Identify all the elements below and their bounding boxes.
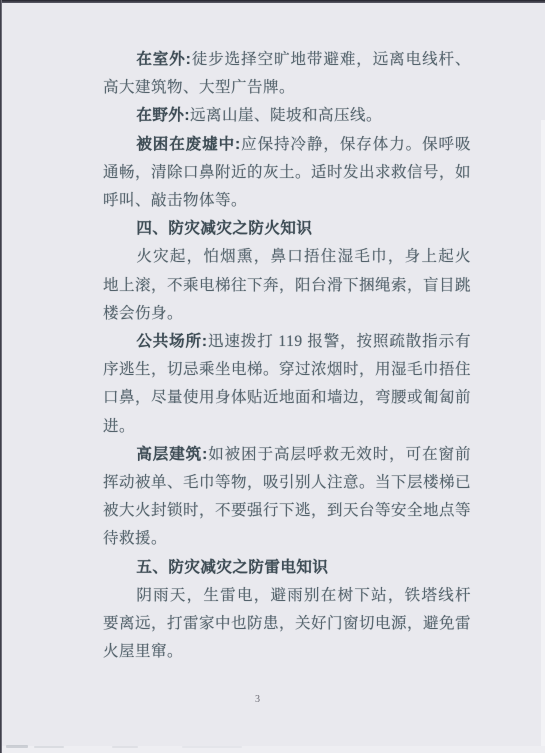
paragraph-label: 被困在废墟中:	[136, 136, 240, 153]
document-page: 在室外:徒步选择空旷地带避难，远离电线杆、高大建筑物、大型广告牌。 在野外:远离…	[0, 0, 545, 753]
section-heading: 五、防灾减灾之防雷电知识	[103, 554, 471, 582]
paragraph-label: 在野外:	[136, 107, 190, 124]
paragraph: 高层建筑:如被困于高层呼救无效时，可在窗前挥动被单、毛巾等物，吸引别人注意。当下…	[103, 441, 471, 554]
paragraph-label: 公共场所:	[136, 333, 207, 350]
scan-noise	[182, 746, 242, 748]
paragraph: 阴雨天，生雷电，避雨别在树下站，铁塔线杆要离远，打雷家中也防患，关好门窗切电源，…	[103, 582, 471, 667]
section-heading: 四、防灾减灾之防火知识	[103, 215, 471, 243]
paragraph: 火灾起，怕烟熏，鼻口捂住湿毛巾，身上起火地上滚，不乘电梯往下奔，阳台滑下捆绳索，…	[103, 243, 471, 328]
scan-bottom-strip	[2, 746, 545, 753]
document-text-block: 在室外:徒步选择空旷地带避难，远离电线杆、高大建筑物、大型广告牌。 在野外:远离…	[103, 46, 471, 666]
paragraph: 公共场所:迅速拨打 119 报警，按照疏散指示有序逃生，切忌乘坐电梯。穿过浓烟时…	[103, 328, 471, 441]
paragraph: 被困在废墟中:应保持冷静，保存体力。保呼吸通畅，清除口鼻附近的灰土。适时发出求救…	[103, 131, 471, 216]
page-number: 3	[0, 694, 515, 705]
scan-noise	[112, 746, 138, 748]
paragraph-text: 火灾起，怕烟熏，鼻口捂住湿毛巾，身上起火地上滚，不乘电梯往下奔，阳台滑下捆绳索，…	[103, 248, 471, 321]
scan-left-edge	[0, 0, 2, 753]
paragraph-text: 远离山崖、陡坡和高压线。	[190, 107, 382, 124]
paragraph: 在野外:远离山崖、陡坡和高压线。	[103, 102, 471, 130]
scan-noise	[34, 746, 64, 748]
scan-noise	[6, 745, 28, 748]
paragraph-text: 阴雨天，生雷电，避雨别在树下站，铁塔线杆要离远，打雷家中也防患，关好门窗切电源，…	[103, 587, 471, 660]
paragraph-label: 高层建筑:	[136, 446, 207, 463]
paragraph-label: 在室外:	[136, 51, 191, 68]
scan-right-edge	[541, 120, 545, 753]
scan-top-edge	[0, 0, 545, 3]
paragraph: 在室外:徒步选择空旷地带避难，远离电线杆、高大建筑物、大型广告牌。	[103, 46, 471, 102]
